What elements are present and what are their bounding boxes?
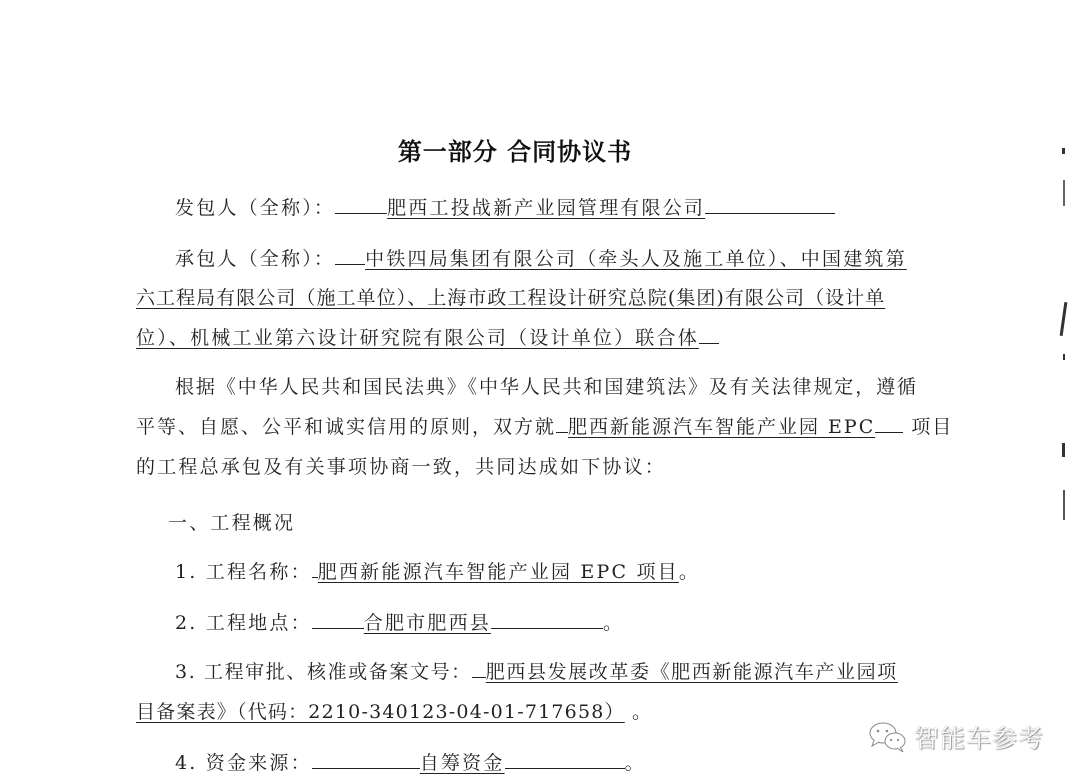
preamble-line-1: 根据《中华人民共和国民法典》《中华人民共和国建筑法》及有关法律规定，遵循 <box>175 372 918 399</box>
contractor-line-2: 六工程局有限公司（施工单位）、上海市政工程设计研究总院(集团)有限公司（设计单 <box>136 283 885 310</box>
item-value: 肥西新能源汽车智能产业园 EPC 项目 <box>318 561 679 583</box>
item-label: 4. 资金来源： <box>175 752 312 774</box>
page-title: 第一部分 合同协议书 <box>0 132 1030 167</box>
contractor-value-1: 中铁四局集团有限公司（牵头人及施工单位）、中国建筑第 <box>365 248 907 270</box>
item-label: 3. 工程审批、核准或备案文号： <box>175 661 472 683</box>
watermark: 智能车参考 <box>868 720 1044 754</box>
preamble-line-2: 平等、自愿、公平和诚实信用的原则，双方就肥西新能源汽车智能产业园 EPC 项目 <box>136 412 953 439</box>
wechat-icon <box>868 720 908 754</box>
watermark-text: 智能车参考 <box>914 719 1044 755</box>
contractor-line-3: 位）、机械工业第六设计研究院有限公司（设计单位）联合体 <box>136 323 719 350</box>
scan-artifact <box>1060 302 1068 336</box>
item-approval-line-1: 3. 工程审批、核准或备案文号：肥西县发展改革委《肥西新能源汽车产业园项 <box>175 657 898 684</box>
blank-underline <box>556 414 568 433</box>
employer-value: 肥西工投战新产业园管理有限公司 <box>387 197 705 219</box>
blank-underline <box>312 750 420 769</box>
blank-underline <box>335 195 387 214</box>
scan-artifact <box>1063 490 1065 520</box>
scan-artifact <box>1062 443 1065 457</box>
blank-underline <box>472 659 486 678</box>
blank-underline <box>312 610 364 629</box>
item-project-name: 1. 工程名称：肥西新能源汽车智能产业园 EPC 项目。 <box>175 557 700 584</box>
item-approval-line-2: 目备案表》（代码：2210-340123-04-01-717658） 。 <box>136 697 652 724</box>
blank-underline <box>699 325 719 344</box>
section-heading: 一、工程概况 <box>168 508 295 535</box>
contractor-value-3: 位）、机械工业第六设计研究院有限公司（设计单位）联合体 <box>136 327 699 349</box>
item-value-2: 目备案表》（代码：2210-340123-04-01-717658） <box>136 701 625 723</box>
item-value-1: 肥西县发展改革委《肥西新能源汽车产业园项 <box>486 661 898 683</box>
blank-underline <box>491 610 603 629</box>
employer-line: 发包人（全称）：肥西工投战新产业园管理有限公司 <box>175 193 835 220</box>
blank-underline <box>335 246 365 265</box>
blank-underline <box>705 195 835 214</box>
scan-artifact <box>1062 148 1065 154</box>
preamble-suffix: 项目 <box>911 416 953 438</box>
scan-artifact <box>1063 354 1065 360</box>
blank-underline <box>505 750 625 769</box>
employer-label: 发包人（全称）： <box>175 197 335 219</box>
item-funding: 4. 资金来源：自筹资金。 <box>175 748 646 775</box>
item-label: 2. 工程地点： <box>175 612 312 634</box>
item-value: 自筹资金 <box>420 752 505 774</box>
item-label: 1. 工程名称： <box>175 561 312 583</box>
contract-page: 第一部分 合同协议书 发包人（全称）：肥西工投战新产业园管理有限公司 承包人（全… <box>0 0 1080 783</box>
item-value: 合肥市肥西县 <box>364 612 491 634</box>
preamble-project: 肥西新能源汽车智能产业园 EPC <box>568 416 875 438</box>
preamble-prefix: 平等、自愿、公平和诚实信用的原则，双方就 <box>136 416 556 438</box>
contractor-label: 承包人（全称）： <box>175 248 335 270</box>
contractor-value-2: 六工程局有限公司（施工单位）、上海市政工程设计研究总院(集团)有限公司（设计单 <box>136 287 885 309</box>
scan-artifact <box>1063 180 1065 206</box>
preamble-line-3: 的工程总承包及有关事项协商一致，共同达成如下协议： <box>136 452 666 479</box>
item-project-location: 2. 工程地点：合肥市肥西县。 <box>175 608 624 635</box>
blank-underline <box>875 414 903 433</box>
contractor-line-1: 承包人（全称）：中铁四局集团有限公司（牵头人及施工单位）、中国建筑第 <box>175 244 907 271</box>
